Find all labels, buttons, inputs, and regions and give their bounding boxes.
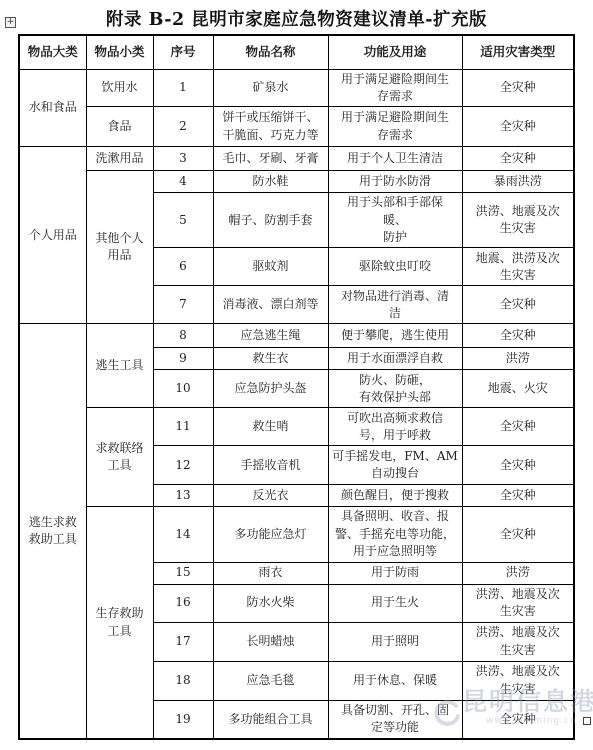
- table-resize-handle-icon[interactable]: [583, 717, 591, 725]
- table-cell: 用于防水防滑: [328, 171, 462, 193]
- table-cell: 全灾种: [462, 69, 574, 107]
- table-cell: 对物品进行消毒、清 洁: [328, 286, 462, 324]
- table-cell: 具备切割、开孔、固 定等功能: [328, 700, 462, 739]
- table-cell: 19: [153, 700, 213, 739]
- table-cell: 地震、洪涝及次 生灾害: [462, 248, 574, 286]
- table-cell: 暴雨洪涝: [462, 171, 574, 193]
- table-cell: 用于满足避险期间生 存需求: [328, 107, 462, 147]
- table-cell: 救生哨: [213, 408, 328, 446]
- table-row: 逃生求救 救助工具逃生工具8应急逃生绳便于攀爬，逃生使用全灾种: [19, 324, 574, 348]
- table-cell: 洪涝、地震及次 生灾害: [462, 661, 574, 700]
- table-cell: 全灾种: [462, 107, 574, 147]
- table-cell: 全灾种: [462, 507, 574, 562]
- table-cell: 驱除蚊虫叮咬: [328, 248, 462, 286]
- table-cell: 消毒液、漂白剂等: [213, 286, 328, 324]
- table-row: 其他个人 用品4防水鞋用于防水防滑暴雨洪涝: [19, 171, 574, 193]
- table-row: 水和食品饮用水1矿泉水用于满足避险期间生 存需求全灾种: [19, 69, 574, 107]
- table-cell: 11: [153, 408, 213, 446]
- table-cell: 洪涝、地震及次 生灾害: [462, 193, 574, 248]
- table-cell: 用于休息、保暖: [328, 661, 462, 700]
- table-cell: 水和食品: [19, 69, 86, 147]
- table-cell: 反光衣: [213, 485, 328, 507]
- table-cell: 手摇收音机: [213, 446, 328, 485]
- table-cell: 颜色醒目，便于搜救: [328, 485, 462, 507]
- table-cell: 雨衣: [213, 562, 328, 584]
- table-cell: 5: [153, 193, 213, 248]
- column-header-5: 适用灾害类型: [462, 35, 574, 69]
- table-cell: 用于照明: [328, 622, 462, 661]
- supplies-table-container: 物品大类物品小类序号物品名称功能及用途适用灾害类型水和食品饮用水1矿泉水用于满足…: [18, 34, 575, 740]
- table-cell: 洪涝、地震及次 生灾害: [462, 622, 574, 661]
- table-cell: 可手摇发电，FM、AM 自动搜台: [328, 446, 462, 485]
- table-cell: 生存救助 工具: [86, 507, 153, 739]
- table-cell: 3: [153, 147, 213, 171]
- table-cell: 用于生火: [328, 584, 462, 622]
- document-page: { "page": { "title": "附录 B-2 昆明市家庭应急物资建议…: [0, 0, 593, 750]
- table-cell: 全灾种: [462, 700, 574, 739]
- table-cell: 4: [153, 171, 213, 193]
- table-row: 生存救助 工具14多功能应急灯具备照明、收音、报 警、手摇充电等功能， 用于应急…: [19, 507, 574, 562]
- table-move-handle-icon[interactable]: +: [5, 17, 16, 28]
- header-row: 物品大类物品小类序号物品名称功能及用途适用灾害类型: [19, 35, 574, 69]
- table-cell: 16: [153, 584, 213, 622]
- column-header-0: 物品大类: [19, 35, 86, 69]
- table-cell: 多功能应急灯: [213, 507, 328, 562]
- table-cell: 洪涝: [462, 348, 574, 370]
- table-cell: 全灾种: [462, 324, 574, 348]
- table-cell: 多功能组合工具: [213, 700, 328, 739]
- table-cell: 长明蜡烛: [213, 622, 328, 661]
- table-cell: 救生衣: [213, 348, 328, 370]
- column-header-1: 物品小类: [86, 35, 153, 69]
- table-row: 个人用品洗漱用品3毛巾、牙刷、牙膏用于个人卫生清洁全灾种: [19, 147, 574, 171]
- table-cell: 13: [153, 485, 213, 507]
- table-cell: 驱蚊剂: [213, 248, 328, 286]
- table-cell: 其他个人 用品: [86, 171, 153, 324]
- table-cell: 用于防雨: [328, 562, 462, 584]
- table-cell: 洗漱用品: [86, 147, 153, 171]
- table-cell: 用于个人卫生清洁: [328, 147, 462, 171]
- table-cell: 6: [153, 248, 213, 286]
- table-cell: 毛巾、牙刷、牙膏: [213, 147, 328, 171]
- table-cell: 应急毛毯: [213, 661, 328, 700]
- column-header-4: 功能及用途: [328, 35, 462, 69]
- table-cell: 用于满足避险期间生 存需求: [328, 69, 462, 107]
- table-cell: 洪涝: [462, 562, 574, 584]
- table-cell: 8: [153, 324, 213, 348]
- table-cell: 全灾种: [462, 286, 574, 324]
- table-cell: 全灾种: [462, 147, 574, 171]
- column-header-3: 物品名称: [213, 35, 328, 69]
- table-cell: 17: [153, 622, 213, 661]
- table-cell: 帽子、防割手套: [213, 193, 328, 248]
- table-cell: 求救联络 工具: [86, 408, 153, 507]
- table-row: 求救联络 工具11救生哨可吹出高频求救信 号，用于呼救全灾种: [19, 408, 574, 446]
- table-row: 食品2饼干或压缩饼干、 干脆面、巧克力等用于满足避险期间生 存需求全灾种: [19, 107, 574, 147]
- table-cell: 应急防护头盔: [213, 370, 328, 408]
- table-cell: 全灾种: [462, 408, 574, 446]
- supplies-table: 物品大类物品小类序号物品名称功能及用途适用灾害类型水和食品饮用水1矿泉水用于满足…: [18, 34, 575, 740]
- table-cell: 洪涝、地震及次 生灾害: [462, 584, 574, 622]
- table-cell: 矿泉水: [213, 69, 328, 107]
- table-cell: 应急逃生绳: [213, 324, 328, 348]
- table-cell: 12: [153, 446, 213, 485]
- table-cell: 防火、防砸， 有效保护头部: [328, 370, 462, 408]
- table-cell: 饮用水: [86, 69, 153, 107]
- table-cell: 防水火柴: [213, 584, 328, 622]
- column-header-2: 序号: [153, 35, 213, 69]
- table-cell: 食品: [86, 107, 153, 147]
- table-cell: 饼干或压缩饼干、 干脆面、巧克力等: [213, 107, 328, 147]
- table-cell: 可吹出高频求救信 号，用于呼救: [328, 408, 462, 446]
- table-cell: 9: [153, 348, 213, 370]
- table-cell: 2: [153, 107, 213, 147]
- table-cell: 逃生求救 救助工具: [19, 324, 86, 739]
- plus-icon: +: [7, 17, 15, 27]
- table-cell: 1: [153, 69, 213, 107]
- table-cell: 防水鞋: [213, 171, 328, 193]
- table-cell: 10: [153, 370, 213, 408]
- table-cell: 逃生工具: [86, 324, 153, 408]
- table-cell: 地震、火灾: [462, 370, 574, 408]
- table-cell: 18: [153, 661, 213, 700]
- table-cell: 具备照明、收音、报 警、手摇充电等功能， 用于应急照明等: [328, 507, 462, 562]
- page-title: 附录 B-2 昆明市家庭应急物资建议清单-扩充版: [0, 6, 593, 31]
- table-cell: 用于头部和手部保 暖、 防护: [328, 193, 462, 248]
- table-cell: 7: [153, 286, 213, 324]
- table-cell: 15: [153, 562, 213, 584]
- table-cell: 便于攀爬，逃生使用: [328, 324, 462, 348]
- table-cell: 用于水面漂浮自救: [328, 348, 462, 370]
- table-cell: 全灾种: [462, 446, 574, 485]
- table-cell: 14: [153, 507, 213, 562]
- table-cell: 个人用品: [19, 147, 86, 324]
- table-cell: 全灾种: [462, 485, 574, 507]
